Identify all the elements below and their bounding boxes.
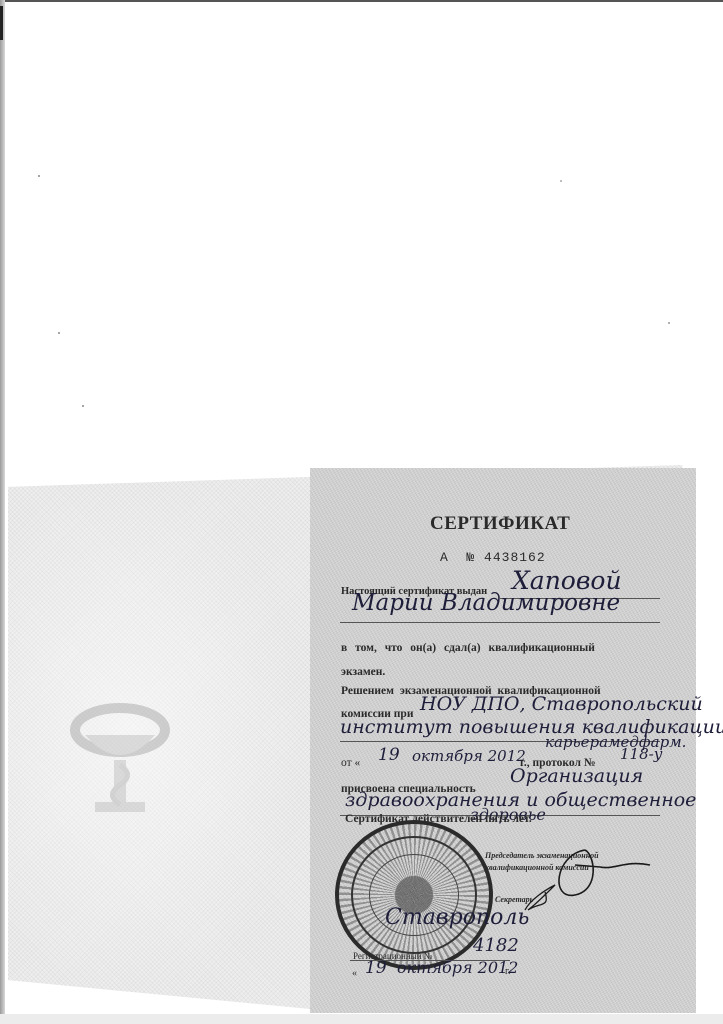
underline xyxy=(340,622,660,623)
certificate-number: А № 4438162 xyxy=(440,550,546,565)
scan-edge-top xyxy=(0,0,723,2)
protocol-number: 118-у xyxy=(620,745,662,763)
chairman-signature xyxy=(545,845,655,905)
scan-edge-left xyxy=(0,0,5,1014)
dust-speck xyxy=(58,332,60,334)
dust-speck xyxy=(668,322,670,324)
decision-day: 19 xyxy=(378,745,400,765)
certificate-title: СЕРТИФИКАТ xyxy=(430,513,570,535)
scan-edge-bottom xyxy=(0,1014,723,1024)
city: Ставрополь xyxy=(385,905,529,930)
official-seal xyxy=(335,820,493,970)
date-line: от « xyxy=(341,757,360,769)
issue-year-suffix: г. xyxy=(505,966,510,977)
issue-day: 19 xyxy=(365,958,387,978)
dust-speck xyxy=(38,175,40,177)
certificate-series: А xyxy=(440,550,449,565)
holder-name: Марии Владимировне xyxy=(352,590,620,616)
certificate-number-value: 4438162 xyxy=(484,550,546,565)
dust-speck xyxy=(560,180,562,182)
issue-month-year: октября 2012 xyxy=(397,958,518,977)
date-prefix: от « xyxy=(341,757,360,769)
number-sign: № xyxy=(466,550,475,565)
exam-text-line2: экзамен. xyxy=(341,666,385,678)
specialty-line1: Организация xyxy=(510,765,643,787)
issue-date-open-quote: « xyxy=(352,968,357,979)
dust-speck xyxy=(82,405,84,407)
registration-number: 4182 xyxy=(473,935,519,956)
institution-line1: НОУ ДПО, Ставропольский xyxy=(420,693,703,715)
institution-line3: карьерамедфарм. xyxy=(545,733,686,751)
bowl-of-hygieia-emblem-icon xyxy=(60,690,180,830)
exam-text-line1: в том, что он(а) сдал(а) квалификационны… xyxy=(341,642,595,654)
decision-month-year: октября 2012 xyxy=(412,747,526,765)
